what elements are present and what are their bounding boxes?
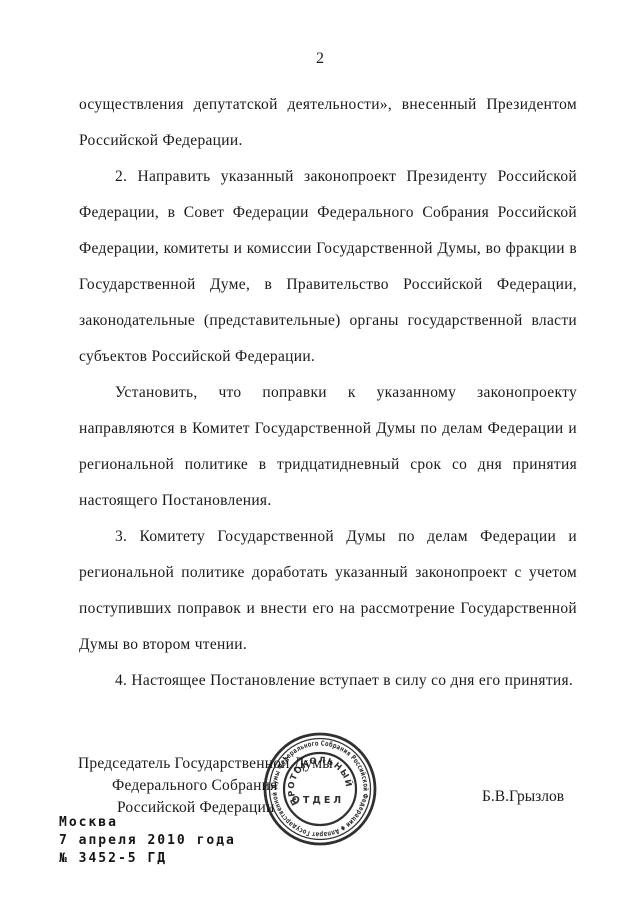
- footer-city: Москва: [59, 815, 118, 830]
- stamp-center-text: ОТДЕЛ: [292, 795, 344, 806]
- body-line: Федерации, в Совет Федерации Федеральног…: [79, 203, 577, 223]
- body-line: направляются в Комитет Государственной Д…: [79, 419, 577, 439]
- body-line: региональной политике в тридцатидневный …: [79, 455, 577, 475]
- body-line: Установить, что поправки к указанному за…: [79, 383, 577, 403]
- stamp-ring-text: Думы Федерального Собрания Российской Фе…: [270, 739, 369, 838]
- body-line: субъектов Российской Федерации.: [79, 347, 577, 367]
- body-line: Федерации, комитеты и комиссии Государст…: [79, 239, 577, 259]
- signatory-name: Б.В.Грызлов: [482, 788, 564, 806]
- page-number: 2: [0, 50, 640, 68]
- body-line: региональной политике доработать указанн…: [79, 563, 577, 583]
- body-line: 3. Комитету Государственной Думы по дела…: [79, 527, 577, 547]
- body-line: законодательные (представительные) орган…: [79, 311, 577, 331]
- body-line: 2. Направить указанный законопроект През…: [79, 167, 577, 187]
- body-line: настоящего Постановления.: [79, 491, 577, 511]
- footer-number: № 3452-5 ГД: [59, 851, 167, 866]
- body-line: Российской Федерации.: [79, 131, 577, 151]
- body-line: 4. Настоящее Постановление вступает в си…: [79, 671, 577, 691]
- body-line: Думы во втором чтении.: [79, 635, 577, 655]
- round-stamp-icon: Думы Федерального Собрания Российской Фе…: [252, 721, 388, 857]
- svg-text:Думы Федерального Собрания Рос: Думы Федерального Собрания Российской Фе…: [270, 739, 369, 838]
- body-line: поступивших поправок и внести его на рас…: [79, 599, 577, 619]
- signature-title-line: Российской Федерации: [117, 799, 274, 817]
- body-line: Государственной Думе, в Правительство Ро…: [79, 275, 577, 295]
- footer-date: 7 апреля 2010 года: [59, 833, 236, 848]
- document-page: 2 осуществления депутатской деятельности…: [0, 0, 640, 900]
- body-line: осуществления депутатской деятельности»,…: [79, 95, 577, 115]
